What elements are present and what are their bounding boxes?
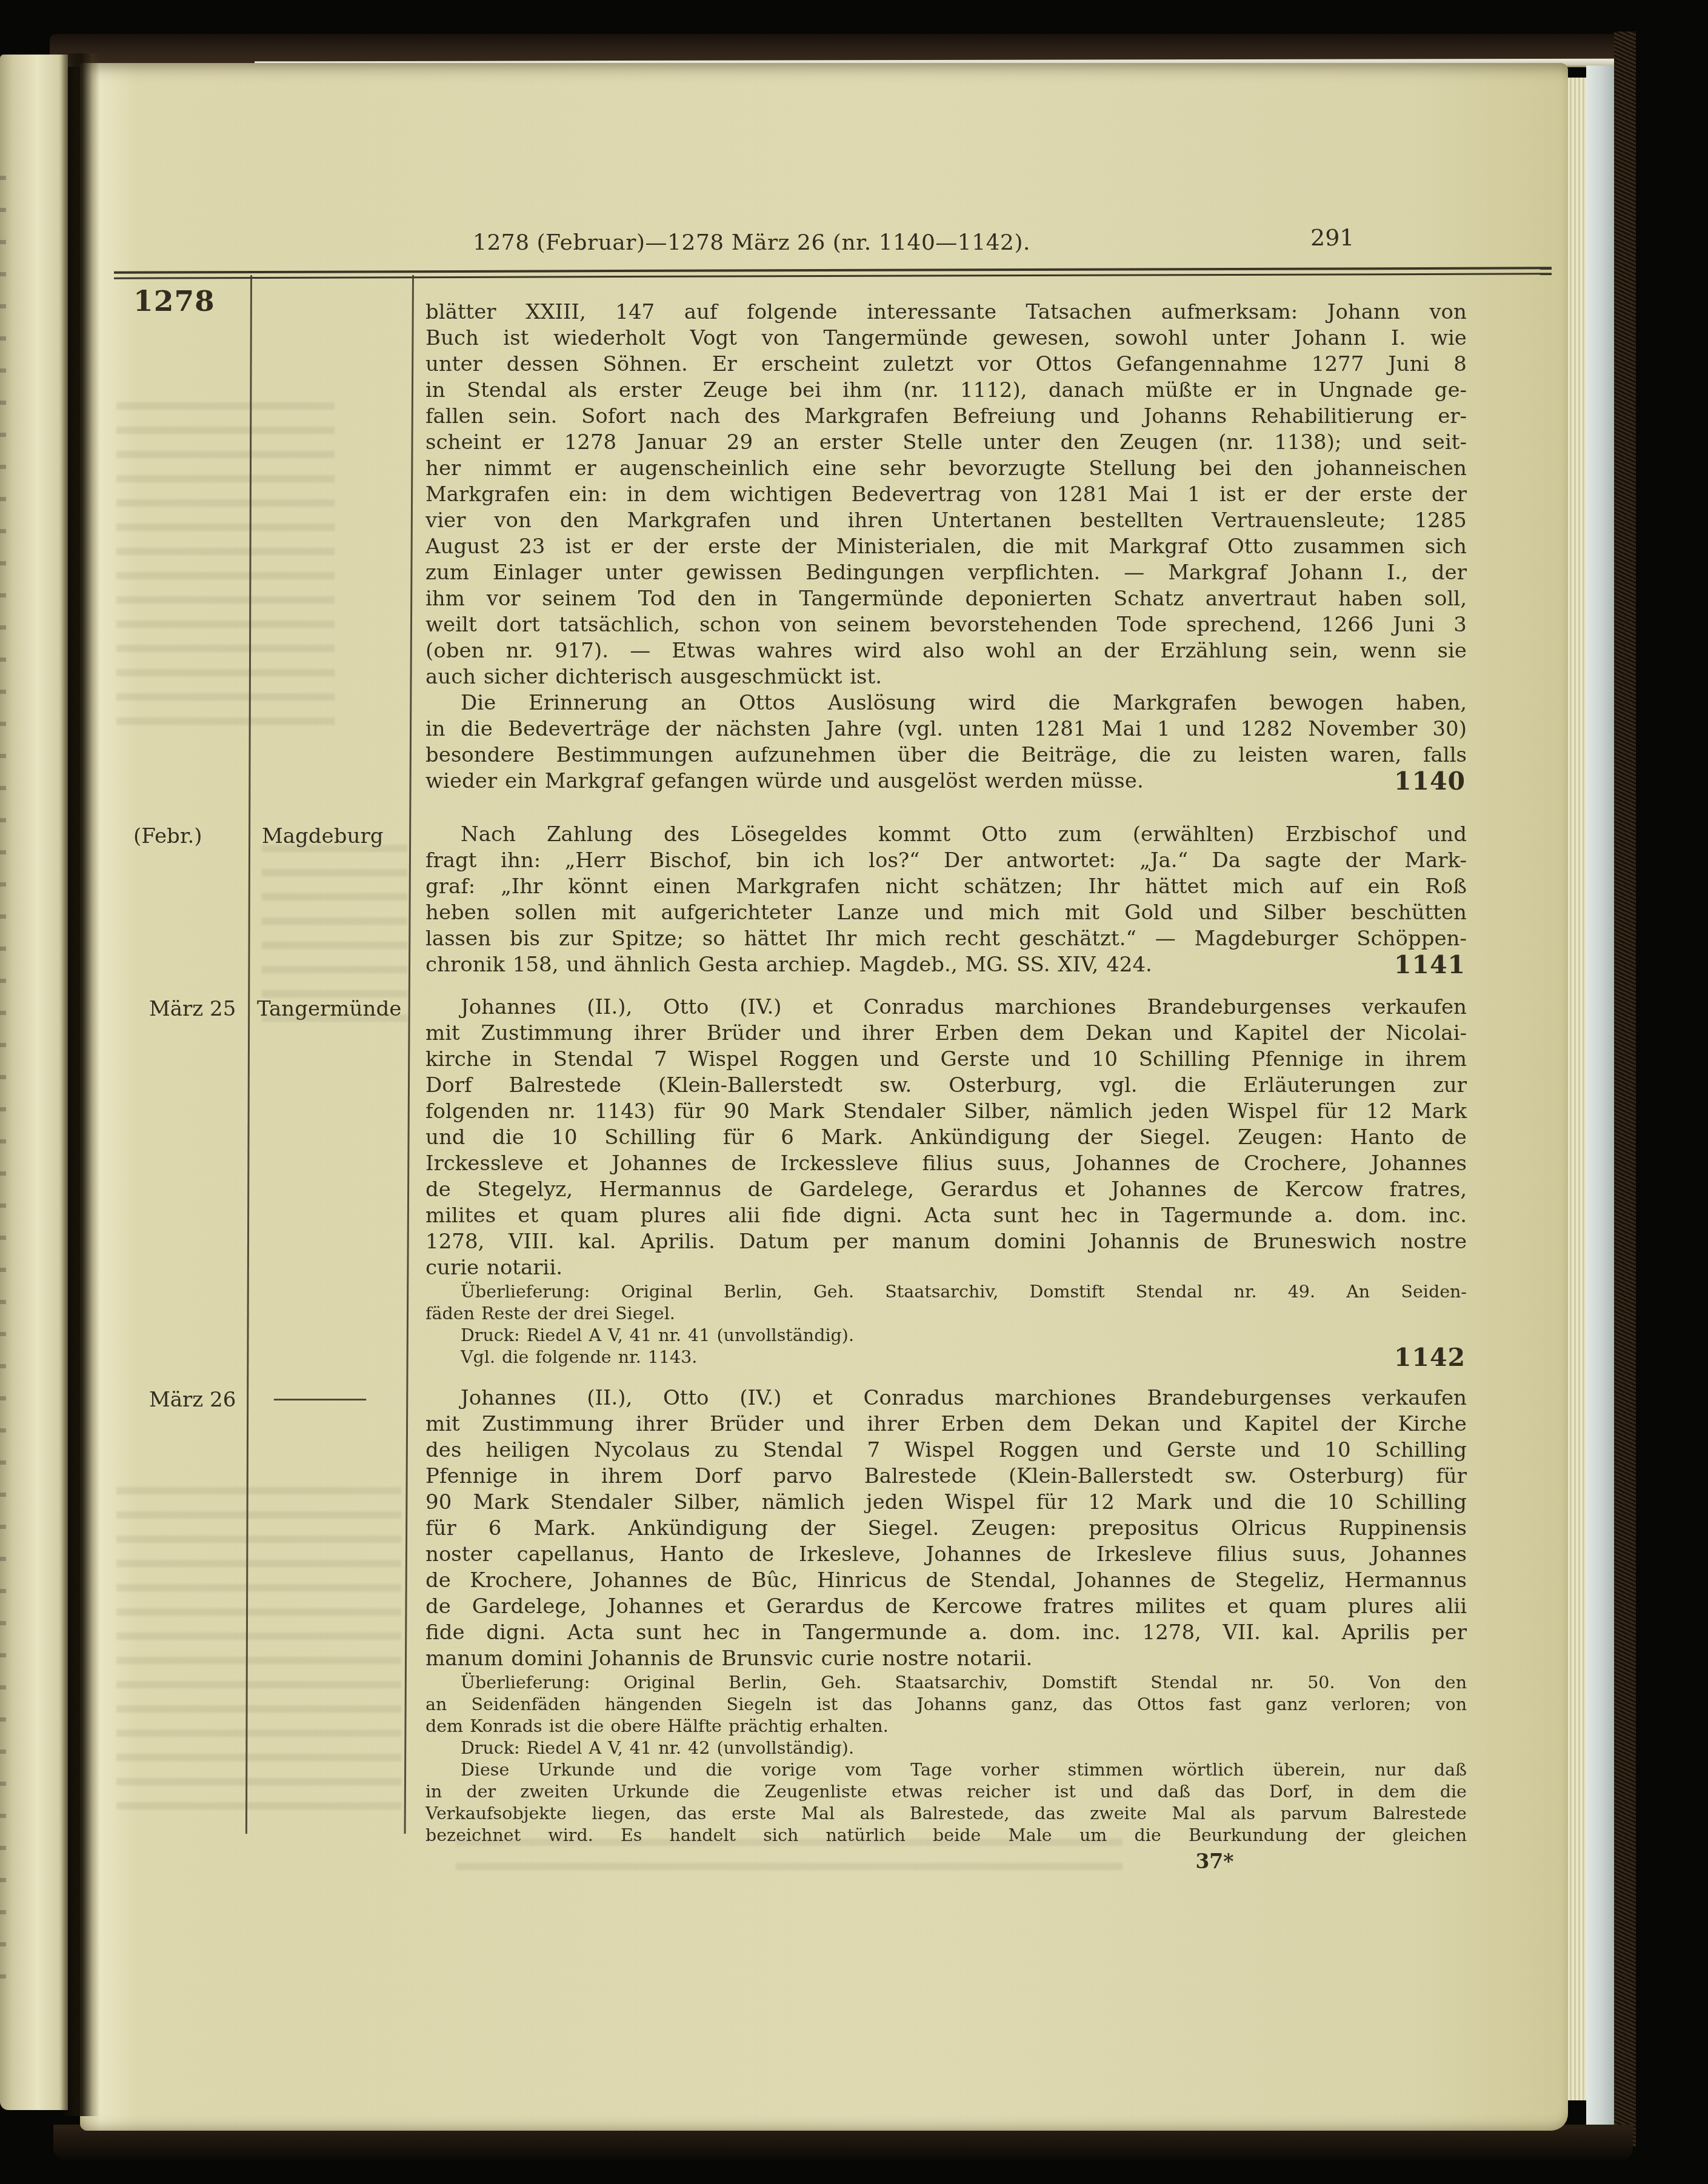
page-number: 291	[1310, 224, 1355, 251]
text-line: Buch ist wiederholt Vogt von Tangermünde…	[425, 325, 1467, 351]
endpaper-strip	[1586, 65, 1614, 2131]
gutter-shadow	[61, 53, 99, 2116]
text-line: kirche in Stendal 7 Wispel Roggen und Ge…	[425, 1047, 1467, 1073]
margin-column-rule-left	[245, 275, 252, 1834]
margin-date: März 25	[149, 997, 236, 1021]
margin-place: Magdeburg	[262, 824, 383, 848]
text-line: unter dessen Söhnen. Er erscheint zuletz…	[425, 351, 1467, 378]
text-line: milites et quam plures alii fide digni. …	[425, 1203, 1467, 1229]
page-stack-right-edge	[1567, 78, 1586, 2100]
text-line: Pfennige in ihrem Dorf parvo Balrestede …	[425, 1463, 1467, 1490]
text-line: Überlieferung: Original Berlin, Geh. Sta…	[425, 1672, 1467, 1694]
text-line: blätter XXIII, 147 auf folgende interess…	[425, 299, 1467, 325]
text-line: lassen bis zur Spitze; so hättet Ihr mic…	[425, 926, 1467, 952]
text-line: de Gardelege, Johannes et Gerardus de Ke…	[425, 1594, 1467, 1620]
text-line: fide digni. Acta sunt hec in Tangermunde…	[425, 1620, 1467, 1646]
text-line: 1278, VIII. kal. Aprilis. Datum per manu…	[425, 1229, 1467, 1255]
text-line: fallen sein. Sofort nach des Markgrafen …	[425, 404, 1467, 430]
ink-bleedthrough	[116, 402, 335, 742]
text-line: Vgl. die folgende nr. 1143.1142	[425, 1347, 1467, 1368]
text-line: für 6 Mark. Ankündigung der Siegel. Zeug…	[425, 1516, 1467, 1542]
text-line: in der zweiten Urkunde die Zeugenliste e…	[425, 1781, 1467, 1803]
text-line: graf: „Ihr könnt einen Markgrafen nicht …	[425, 874, 1467, 900]
text-line: August 23 ist er der erste der Ministeri…	[425, 534, 1467, 560]
text-line: de Krochere, Johannes de Bûc, Hinricus d…	[425, 1568, 1467, 1594]
text-line: de Stegelyz, Hermannus de Gardelege, Ger…	[425, 1177, 1467, 1203]
text-line: Markgrafen ein: in dem wichtigen Bedever…	[425, 482, 1467, 508]
sheet-signature: 37*	[1166, 1849, 1263, 1873]
place-ditto-dash: ————	[273, 1383, 365, 1413]
text-line: vier von den Markgrafen und ihren Untert…	[425, 508, 1467, 534]
text-line: Irckessleve et Johannes de Irckessleve f…	[425, 1151, 1467, 1177]
text-line: ihm vor seinem Tod den in Tangermünde de…	[425, 586, 1467, 612]
text-line: heben sollen mit aufgerichteter Lanze un…	[425, 900, 1467, 926]
text-line: Johannes (II.), Otto (IV.) et Conradus m…	[425, 994, 1467, 1020]
text-line: Diese Urkunde und die vorige vom Tage vo…	[425, 1759, 1467, 1781]
margin-date: März 26	[149, 1388, 236, 1412]
text-line: Überlieferung: Original Berlin, Geh. Sta…	[425, 1281, 1467, 1303]
text-line: curie notarii.	[425, 1255, 1467, 1281]
text-line: an Seidenfäden hängenden Siegeln ist das…	[425, 1694, 1467, 1716]
text-line: bezeichnet wird. Es handelt sich natürli…	[425, 1825, 1467, 1846]
running-head-title: 1278 (Februar)—1278 März 26 (nr. 1140—11…	[473, 230, 1030, 255]
header-double-rule	[114, 267, 1552, 279]
ink-bleedthrough	[116, 1487, 401, 1826]
text-line: in Stendal als erster Zeuge bei ihm (nr.…	[425, 378, 1467, 404]
text-line: und die 10 Schilling für 6 Mark. Ankündi…	[425, 1125, 1467, 1151]
text-line: her nimmt er augenscheinlich eine sehr b…	[425, 456, 1467, 482]
text-line: Johannes (II.), Otto (IV.) et Conradus m…	[425, 1385, 1467, 1411]
margin-date: (Febr.)	[133, 824, 202, 848]
text-line: in die Bedeverträge der nächsten Jahre (…	[425, 716, 1467, 742]
text-line: Nach Zahlung des Lösegeldes kommt Otto z…	[425, 822, 1467, 848]
entry-block-1143: Johannes (II.), Otto (IV.) et Conradus m…	[425, 1385, 1467, 1846]
text-line: Druck: Riedel A V, 41 nr. 41 (unvollstän…	[425, 1325, 1467, 1347]
text-line: Die Erinnerung an Ottos Auslösung wird d…	[425, 690, 1467, 716]
text-line: zum Einlager unter gewissen Bedingungen …	[425, 560, 1467, 586]
text-line: scheint er 1278 Januar 29 an erster Stel…	[425, 430, 1467, 456]
entry-block-1141: Nach Zahlung des Lösegeldes kommt Otto z…	[425, 822, 1467, 978]
text-line: (oben nr. 917). — Etwas wahres wird also…	[425, 638, 1467, 664]
text-line: Verkaufsobjekte liegen, das erste Mal al…	[425, 1803, 1467, 1825]
text-line: manum domini Johannis de Brunsvic curie …	[425, 1646, 1467, 1672]
book-page: 1278 (Februar)—1278 März 26 (nr. 1140—11…	[80, 63, 1568, 2131]
text-line: fragt ihn: „Herr Bischof, bin ich los?“ …	[425, 848, 1467, 874]
text-line: Druck: Riedel A V, 41 nr. 42 (unvollstän…	[425, 1737, 1467, 1759]
text-line: wieder ein Markgraf gefangen würde und a…	[425, 768, 1467, 794]
entry-block-1142: Johannes (II.), Otto (IV.) et Conradus m…	[425, 994, 1467, 1368]
entry-number: 1142	[1359, 1347, 1466, 1368]
text-line: 90 Mark Stendaler Silber, nämlich jeden …	[425, 1490, 1467, 1516]
text-line: Dorf Balrestede (Klein-Ballerstedt sw. O…	[425, 1073, 1467, 1099]
text-line: dem Konrads ist die obere Hälfte prächti…	[425, 1716, 1467, 1737]
text-line: weilt dort tatsächlich, schon von seinem…	[425, 612, 1467, 638]
text-line: noster capellanus, Hanto de Irkesleve, J…	[425, 1542, 1467, 1568]
entry-number: 1140	[1394, 768, 1466, 794]
text-line: mit Zustimmung ihrer Brüder und ihrer Er…	[425, 1020, 1467, 1047]
margin-place: Tangermünde	[257, 997, 401, 1021]
text-line: mit Zustimmung ihrer Brüder und ihrer Er…	[425, 1411, 1467, 1437]
previous-page-edge	[0, 55, 68, 2110]
entry-block-1140: blätter XXIII, 147 auf folgende interess…	[425, 299, 1467, 794]
text-line: folgenden nr. 1143) für 90 Mark Stendale…	[425, 1099, 1467, 1125]
text-line: fäden Reste der drei Siegel.	[425, 1303, 1467, 1325]
margin-year: 1278	[133, 285, 215, 318]
text-line: auch sicher dichterisch ausgeschmückt is…	[425, 664, 1467, 690]
entry-number: 1141	[1394, 952, 1466, 978]
margin-column-rule-right	[404, 275, 414, 1834]
text-line: besondere Bestimmungen aufzunehmen über …	[425, 742, 1467, 768]
text-line: chronik 158, und ähnlich Gesta archiep. …	[425, 952, 1467, 978]
text-line: des heiligen Nycolaus zu Stendal 7 Wispe…	[425, 1437, 1467, 1463]
book-cover-right	[1614, 32, 1636, 2146]
